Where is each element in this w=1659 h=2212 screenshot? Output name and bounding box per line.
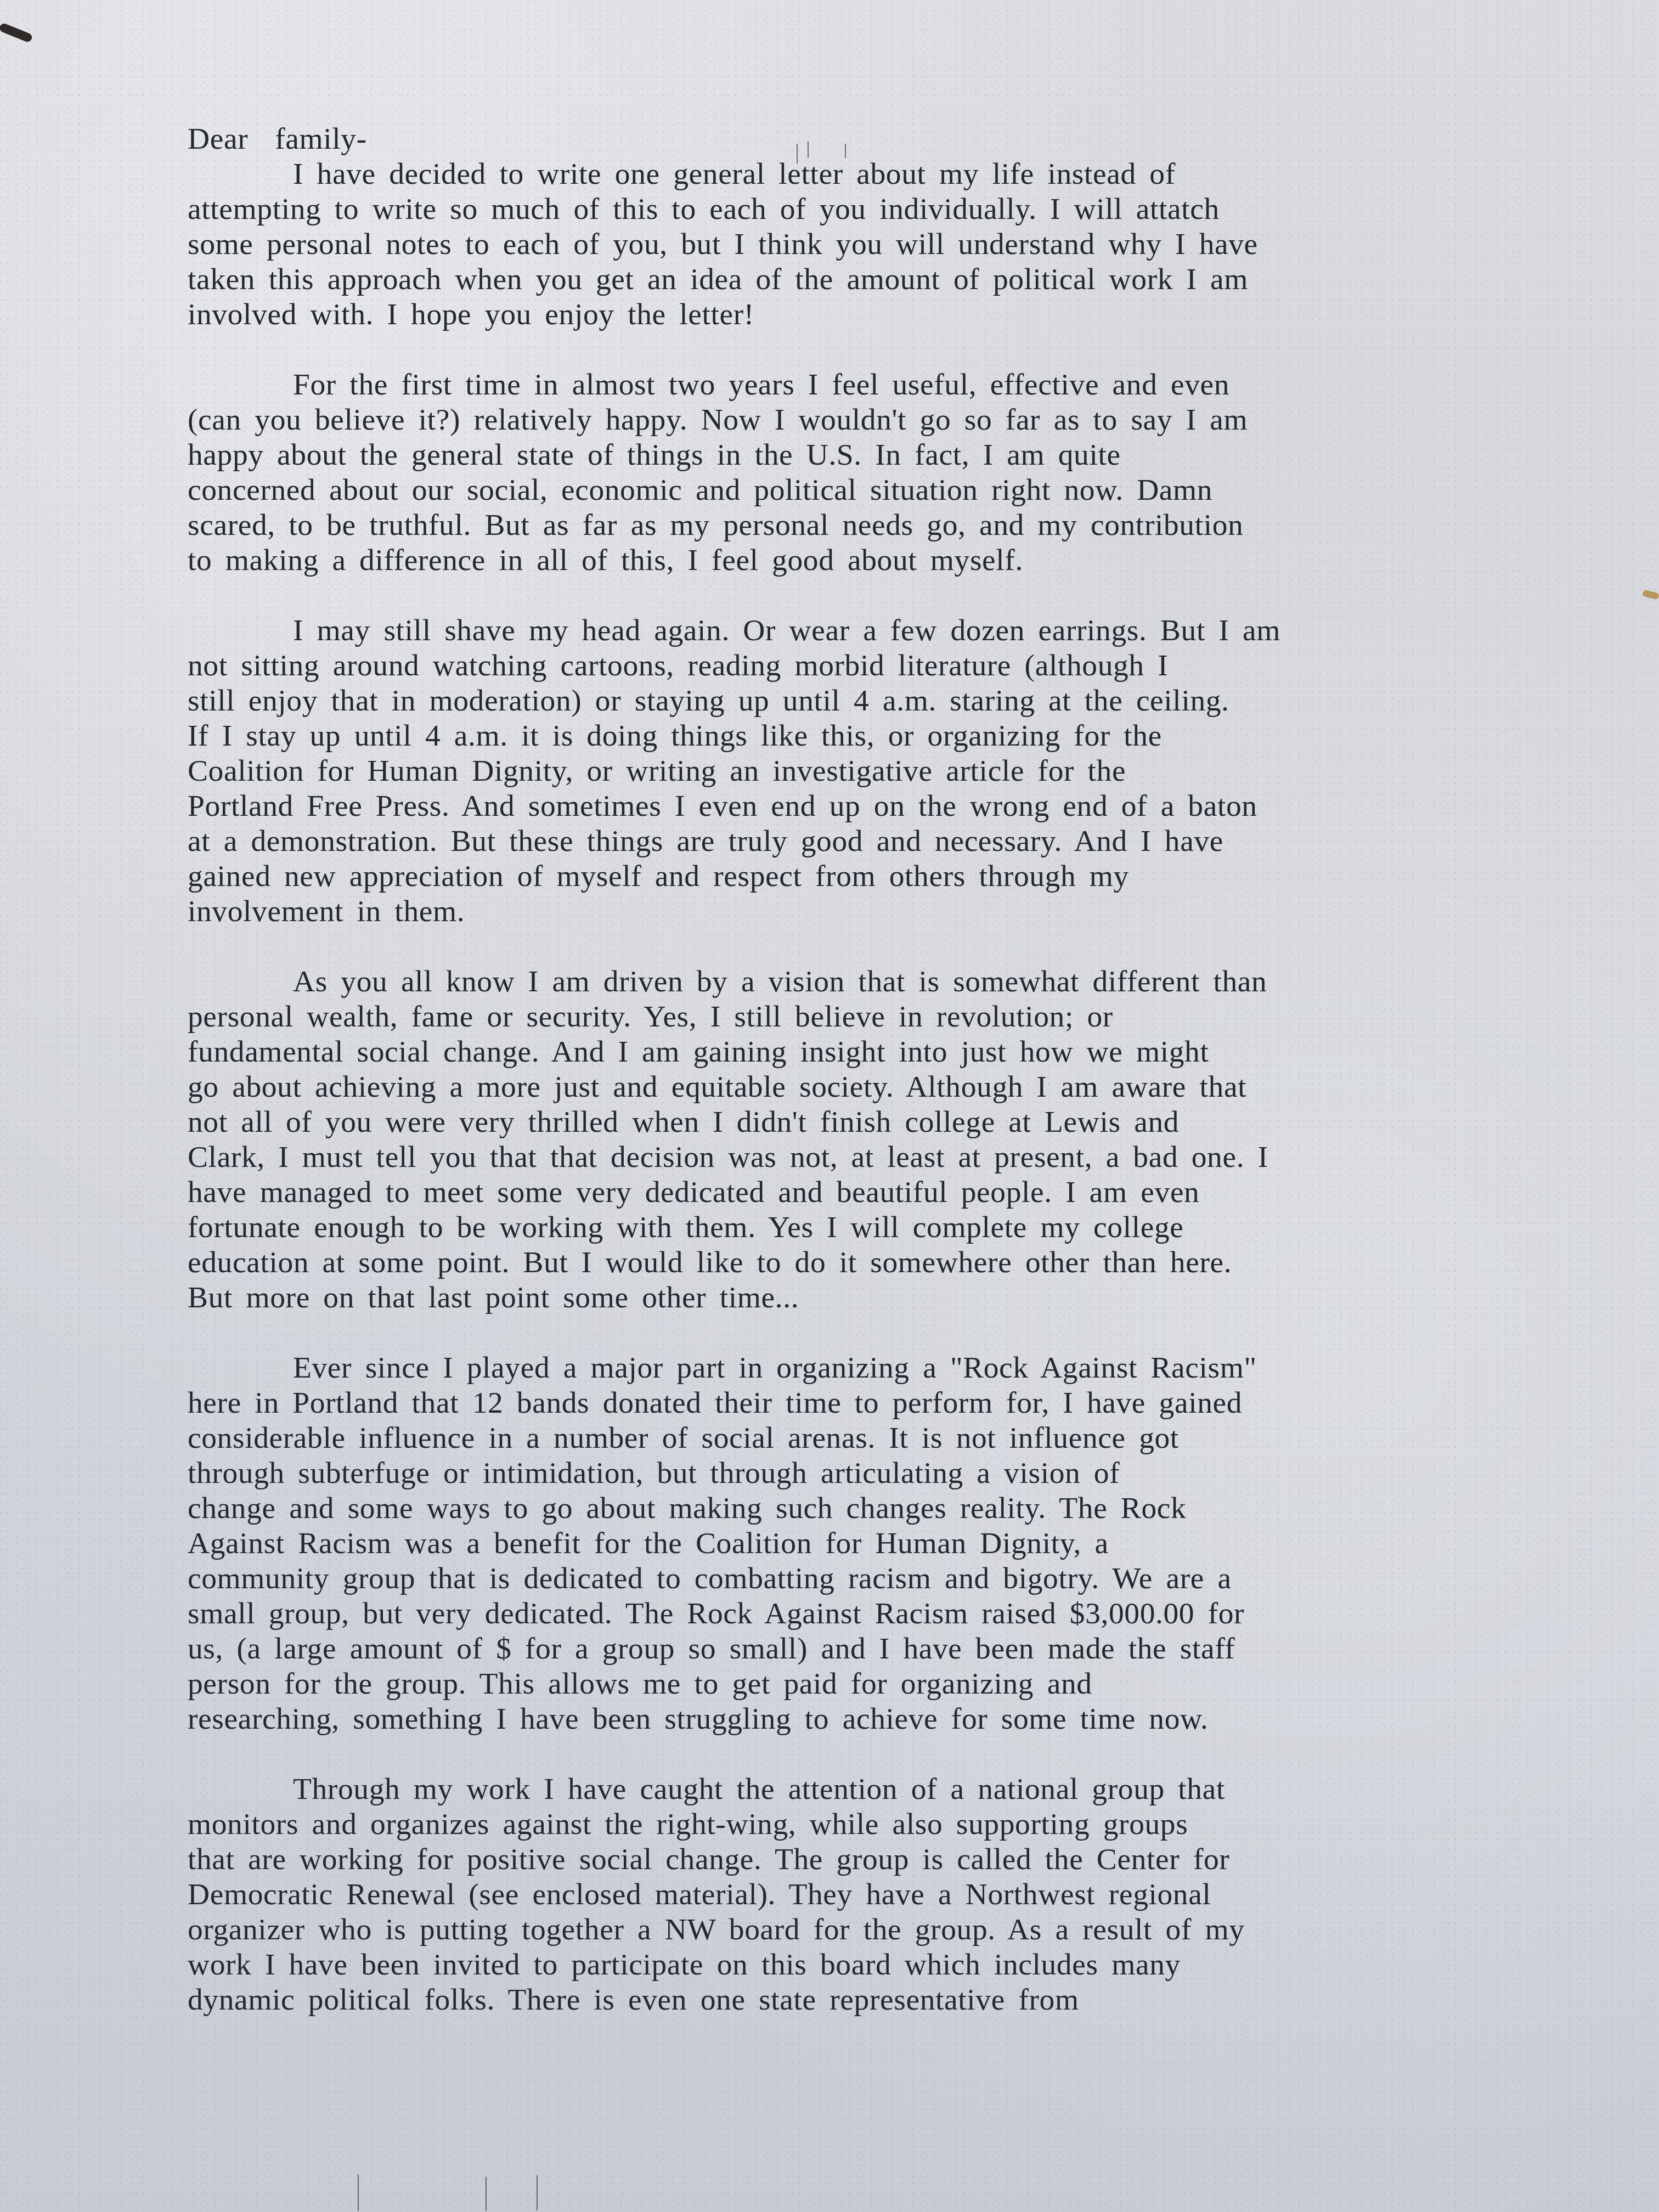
text-line: Coalition for Human Dignity, or writing …	[188, 754, 1482, 789]
stray-mark	[537, 2175, 538, 2210]
text-line: Democratic Renewal (see enclosed materia…	[188, 1877, 1482, 1912]
text-line: us, (a large amount of $ for a group so …	[188, 1632, 1482, 1667]
text-line: to making a difference in all of this, I…	[188, 543, 1482, 578]
text-line: For the first time in almost two years I…	[188, 368, 1482, 403]
text-line: at a demonstration. But these things are…	[188, 824, 1482, 859]
letter-paragraph: I may still shave my head again. Or wear…	[188, 613, 1482, 929]
text-line: As you all know I am driven by a vision …	[188, 964, 1482, 1000]
text-line: happy about the general state of things …	[188, 438, 1482, 473]
text-line: Through my work I have caught the attent…	[188, 1772, 1482, 1807]
stray-mark	[358, 2175, 359, 2211]
text-line: through subterfuge or intimidation, but …	[188, 1456, 1482, 1491]
text-line: go about achieving a more just and equit…	[188, 1070, 1482, 1105]
letter-paragraph: Through my work I have caught the attent…	[188, 1772, 1482, 2018]
letter-paragraph: I have decided to write one general lett…	[188, 157, 1482, 332]
text-line: not sitting around watching cartoons, re…	[188, 648, 1482, 684]
text-line: not all of you were very thrilled when I…	[188, 1105, 1482, 1140]
paper-fiber-mark	[1642, 590, 1659, 600]
text-line: change and some ways to go about making …	[188, 1491, 1482, 1526]
letter-body: Dear family- I have decided to write one…	[188, 122, 1482, 2053]
text-line: taken this approach when you get an idea…	[188, 262, 1482, 297]
letter-paragraphs: I have decided to write one general lett…	[188, 157, 1482, 2018]
text-line: personal wealth, fame or security. Yes, …	[188, 1000, 1482, 1035]
text-line: Against Racism was a benefit for the Coa…	[188, 1526, 1482, 1561]
text-line: organizer who is putting together a NW b…	[188, 1912, 1482, 1948]
letter-paragraph: As you all know I am driven by a vision …	[188, 964, 1482, 1316]
text-line: attempting to write so much of this to e…	[188, 192, 1482, 227]
text-line: involved with. I hope you enjoy the lett…	[188, 297, 1482, 332]
text-line: dynamic political folks. There is even o…	[188, 1983, 1482, 2018]
salutation: Dear family-	[188, 122, 1482, 157]
text-line: But more on that last point some other t…	[188, 1280, 1482, 1316]
text-line: concerned about our social, economic and…	[188, 473, 1482, 508]
text-line: fundamental social change. And I am gain…	[188, 1035, 1482, 1070]
text-line: small group, but very dedicated. The Roc…	[188, 1596, 1482, 1632]
text-line: here in Portland that 12 bands donated t…	[188, 1386, 1482, 1421]
text-line: education at some point. But I would lik…	[188, 1245, 1482, 1280]
text-line: researching, something I have been strug…	[188, 1702, 1482, 1737]
text-line: work I have been invited to participate …	[188, 1948, 1482, 1983]
text-line: Ever since I played a major part in orga…	[188, 1351, 1482, 1386]
text-line: scared, to be truthful. But as far as my…	[188, 508, 1482, 543]
letter-page: Dear family- I have decided to write one…	[0, 0, 1659, 2212]
text-line: monitors and organizes against the right…	[188, 1807, 1482, 1842]
text-line: I have decided to write one general lett…	[188, 157, 1482, 192]
text-line: some personal notes to each of you, but …	[188, 227, 1482, 262]
text-line: fortunate enough to be working with them…	[188, 1210, 1482, 1245]
text-line: considerable influence in a number of so…	[188, 1421, 1482, 1456]
text-line: community group that is dedicated to com…	[188, 1561, 1482, 1596]
ink-smudge-mark	[0, 22, 33, 43]
text-line: have managed to meet some very dedicated…	[188, 1175, 1482, 1210]
text-line: Portland Free Press. And sometimes I eve…	[188, 789, 1482, 824]
text-line: If I stay up until 4 a.m. it is doing th…	[188, 719, 1482, 754]
text-line: Clark, I must tell you that that decisio…	[188, 1140, 1482, 1175]
text-line: person for the group. This allows me to …	[188, 1667, 1482, 1702]
text-line: involvement in them.	[188, 894, 1482, 929]
letter-paragraph: Ever since I played a major part in orga…	[188, 1351, 1482, 1737]
text-line: (can you believe it?) relatively happy. …	[188, 403, 1482, 438]
stray-mark	[486, 2177, 487, 2211]
text-line: that are working for positive social cha…	[188, 1842, 1482, 1877]
letter-paragraph: For the first time in almost two years I…	[188, 368, 1482, 578]
text-line: still enjoy that in moderation) or stayi…	[188, 684, 1482, 719]
text-line: I may still shave my head again. Or wear…	[188, 613, 1482, 648]
text-line: gained new appreciation of myself and re…	[188, 859, 1482, 894]
